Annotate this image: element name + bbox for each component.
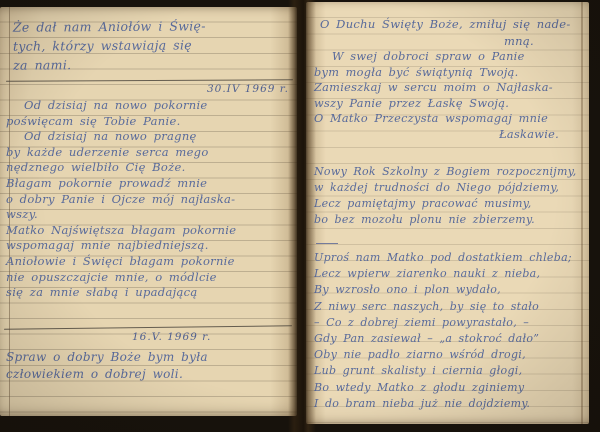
- handwritten-line: Matko Najświętsza błagam pokornie: [6, 223, 236, 239]
- notebook-binding: [288, 0, 316, 432]
- handwritten-line: By wzrosło ono i plon wydało,: [314, 282, 572, 298]
- handwritten-line: I do bram nieba już nie dojdziemy.: [314, 396, 572, 412]
- handwritten-line: Od dzisiaj na nowo pragnę: [6, 129, 236, 145]
- entry-date: 30.IV 1969 r.: [207, 83, 289, 95]
- handwritten-line: Lecz pamiętajmy pracować musimy,: [314, 196, 577, 212]
- handwritten-line: Nowy Rok Szkolny z Bogiem rozpocznijmy,: [314, 164, 577, 180]
- handwritten-line: człowiekiem o dobrej woli.: [6, 366, 208, 383]
- handwritten-line: Bo wtedy Matko z głodu zginiemy: [314, 380, 572, 396]
- entry-separator-line: [4, 325, 292, 330]
- handwritten-line: Lub grunt skalisty i ciernia głogi,: [314, 363, 572, 379]
- invocation-line-continuation: mną.: [504, 33, 534, 49]
- page-edge-crease: [581, 2, 583, 424]
- handwritten-line: Z niwy serc naszych, by się to stało: [314, 299, 572, 315]
- temple-prayer-paragraph: W swej dobroci spraw o Paniebym mogła by…: [314, 49, 553, 127]
- entry-separator-line: [6, 79, 293, 82]
- handwritten-line: Uproś nam Matko pod dostatkiem chleba;: [314, 250, 572, 266]
- left-page: Że dał nam Aniołów i Świę-tych, którzy w…: [0, 7, 297, 416]
- right-page: O Duchu Święty Boże, zmiłuj się nade- mn…: [306, 2, 589, 424]
- handwritten-line: wszy Panie przez Łaskę Swoją.: [314, 96, 553, 112]
- harvest-verse: Uproś nam Matko pod dostatkiem chleba;Le…: [314, 250, 572, 412]
- handwritten-line: nie opuszczajcie mnie, o módlcie: [6, 270, 236, 286]
- handwritten-line: Zamieszkaj w sercu moim o Najłaska-: [314, 80, 553, 96]
- handwritten-line: o dobry Panie i Ojcze mój najłaska-: [6, 192, 236, 208]
- temple-prayer-closing: Łaskawie.: [499, 127, 559, 143]
- prayer-paragraph: Od dzisiaj na nowo pokorniepoświęcam się…: [6, 98, 236, 301]
- handwritten-line: Oby nie padło ziarno wśród drogi,: [314, 347, 572, 363]
- handwritten-line: – Co z dobrej ziemi powyrastało, –: [314, 315, 572, 331]
- intro-paragraph: Że dał nam Aniołów i Świę-tych, którzy w…: [13, 16, 206, 74]
- school-year-verse: Nowy Rok Szkolny z Bogiem rozpocznijmy,w…: [314, 164, 577, 228]
- handwritten-line: Gdy Pan zasiewał – „a stokroć dało”: [314, 331, 572, 347]
- handwritten-line: za nami.: [13, 54, 206, 74]
- entry-date: 16.V. 1969 r.: [132, 331, 211, 343]
- stanza-separator-line: [316, 243, 338, 244]
- handwritten-line: O Matko Przeczysta wspomagaj mnie: [314, 111, 553, 127]
- handwritten-line: się za mnie słabą i upadającą: [6, 285, 236, 301]
- invocation-line: O Duchu Święty Boże, zmiłuj się nade-: [320, 16, 571, 32]
- resolution-paragraph: Spraw o dobry Boże bym byłaczłowiekiem o…: [6, 349, 208, 382]
- handwritten-line: wspomagaj mnie najbiedniejszą.: [6, 238, 236, 254]
- handwritten-line: bo bez mozołu plonu nie zbierzemy.: [314, 212, 577, 228]
- handwritten-line: Lecz wpierw ziarenko nauki z nieba,: [314, 266, 572, 282]
- handwritten-line: Spraw o dobry Boże bym była: [6, 349, 208, 366]
- handwritten-line: Że dał nam Aniołów i Świę-: [13, 16, 206, 36]
- handwritten-line: Od dzisiaj na nowo pokornie: [6, 98, 236, 114]
- handwritten-line: w każdej trudności do Niego pójdziemy,: [314, 180, 577, 196]
- handwritten-line: Aniołowie i Święci błagam pokornie: [6, 254, 236, 270]
- handwritten-line: W swej dobroci spraw o Panie: [314, 49, 553, 65]
- handwritten-line: nędznego wielbiło Cię Boże.: [6, 160, 236, 176]
- handwritten-line: bym mogła być świątynią Twoją.: [314, 65, 553, 81]
- handwritten-line: by każde uderzenie serca mego: [6, 145, 236, 161]
- handwritten-line: Błagam pokornie prowadź mnie: [6, 176, 236, 192]
- handwritten-line: wszy.: [6, 207, 236, 223]
- handwritten-line: poświęcam się Tobie Panie.: [6, 114, 236, 130]
- handwritten-line: tych, którzy wstawiają się: [13, 35, 206, 55]
- notebook-photo: { "document": { "language": "Polish", "i…: [0, 0, 600, 432]
